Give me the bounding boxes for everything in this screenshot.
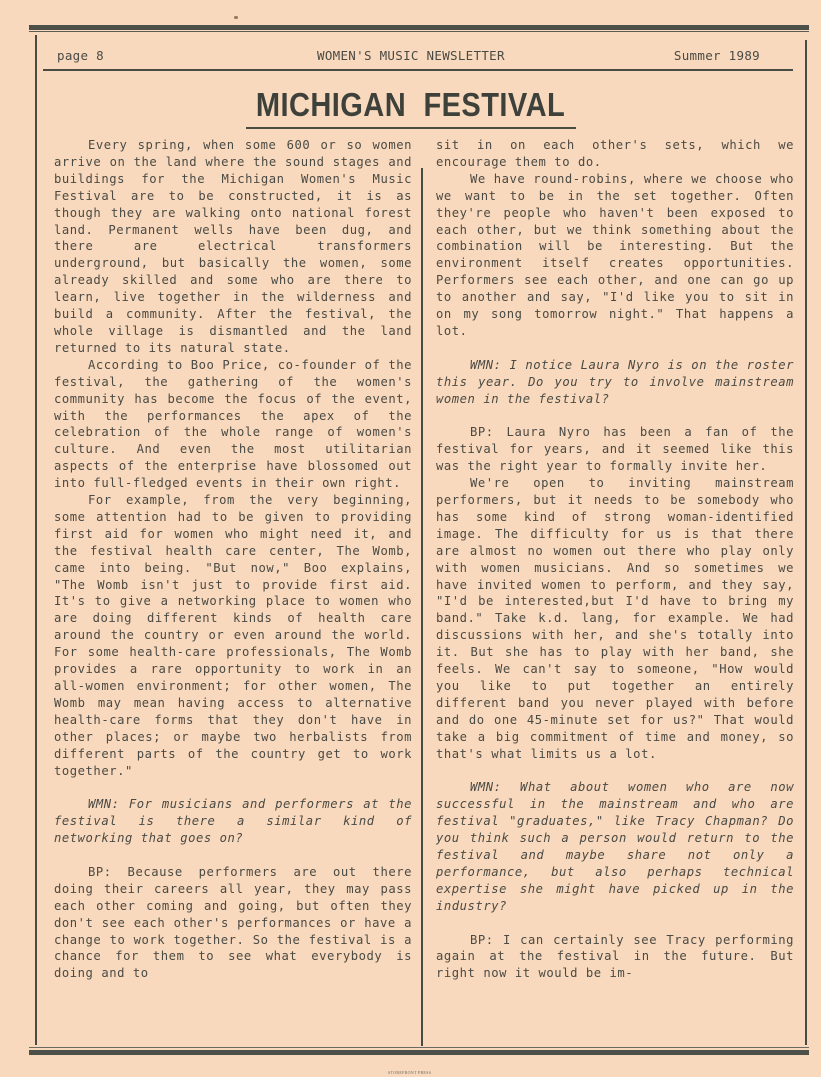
bottom-rule-thin bbox=[29, 1047, 809, 1048]
newsletter-name: WOMEN'S MUSIC NEWSLETTER bbox=[317, 48, 505, 63]
frame-left-border bbox=[35, 35, 37, 1045]
bottom-rule bbox=[29, 1050, 809, 1055]
issue-date: Summer 1989 bbox=[674, 48, 760, 63]
top-rule-thin bbox=[29, 31, 809, 32]
article-paragraph: We're open to inviting mainstream perfor… bbox=[436, 475, 794, 762]
interview-answer: BP: Laura Nyro has been a fan of the fes… bbox=[436, 424, 794, 475]
left-column: Every spring, when some 600 or so women … bbox=[54, 137, 412, 982]
page-number: page 8 bbox=[57, 48, 104, 63]
article-title: MICHIGAN FESTIVAL bbox=[49, 86, 771, 124]
header-rule bbox=[43, 69, 793, 71]
interview-answer: BP: Because performers are out there doi… bbox=[54, 864, 412, 982]
title-underline bbox=[246, 127, 432, 129]
running-header: page 8 WOMEN'S MUSIC NEWSLETTER Summer 1… bbox=[57, 48, 752, 66]
top-rule bbox=[29, 25, 809, 30]
article-paragraph: Every spring, when some 600 or so women … bbox=[54, 137, 412, 357]
printer-imprint: STOREFRONT PRESS bbox=[388, 1070, 431, 1075]
title-underline bbox=[432, 127, 576, 129]
right-column: sit in on each other's sets, which we en… bbox=[436, 137, 794, 982]
frame-right-border bbox=[805, 40, 807, 1045]
interview-question: WMN: What about women who are now succes… bbox=[436, 779, 794, 914]
article-paragraph: We have round-robins, where we choose wh… bbox=[436, 171, 794, 340]
interview-question: WMN: I notice Laura Nyro is on the roste… bbox=[436, 357, 794, 408]
column-divider bbox=[421, 168, 423, 1046]
article-paragraph: According to Boo Price, co-founder of th… bbox=[54, 357, 412, 492]
interview-question: WMN: For musicians and performers at the… bbox=[54, 796, 412, 847]
paper-speck bbox=[234, 16, 238, 19]
article-paragraph: For example, from the very beginning, so… bbox=[54, 492, 412, 779]
article-paragraph: sit in on each other's sets, which we en… bbox=[436, 137, 794, 171]
interview-answer: BP: I can certainly see Tracy performing… bbox=[436, 932, 794, 983]
